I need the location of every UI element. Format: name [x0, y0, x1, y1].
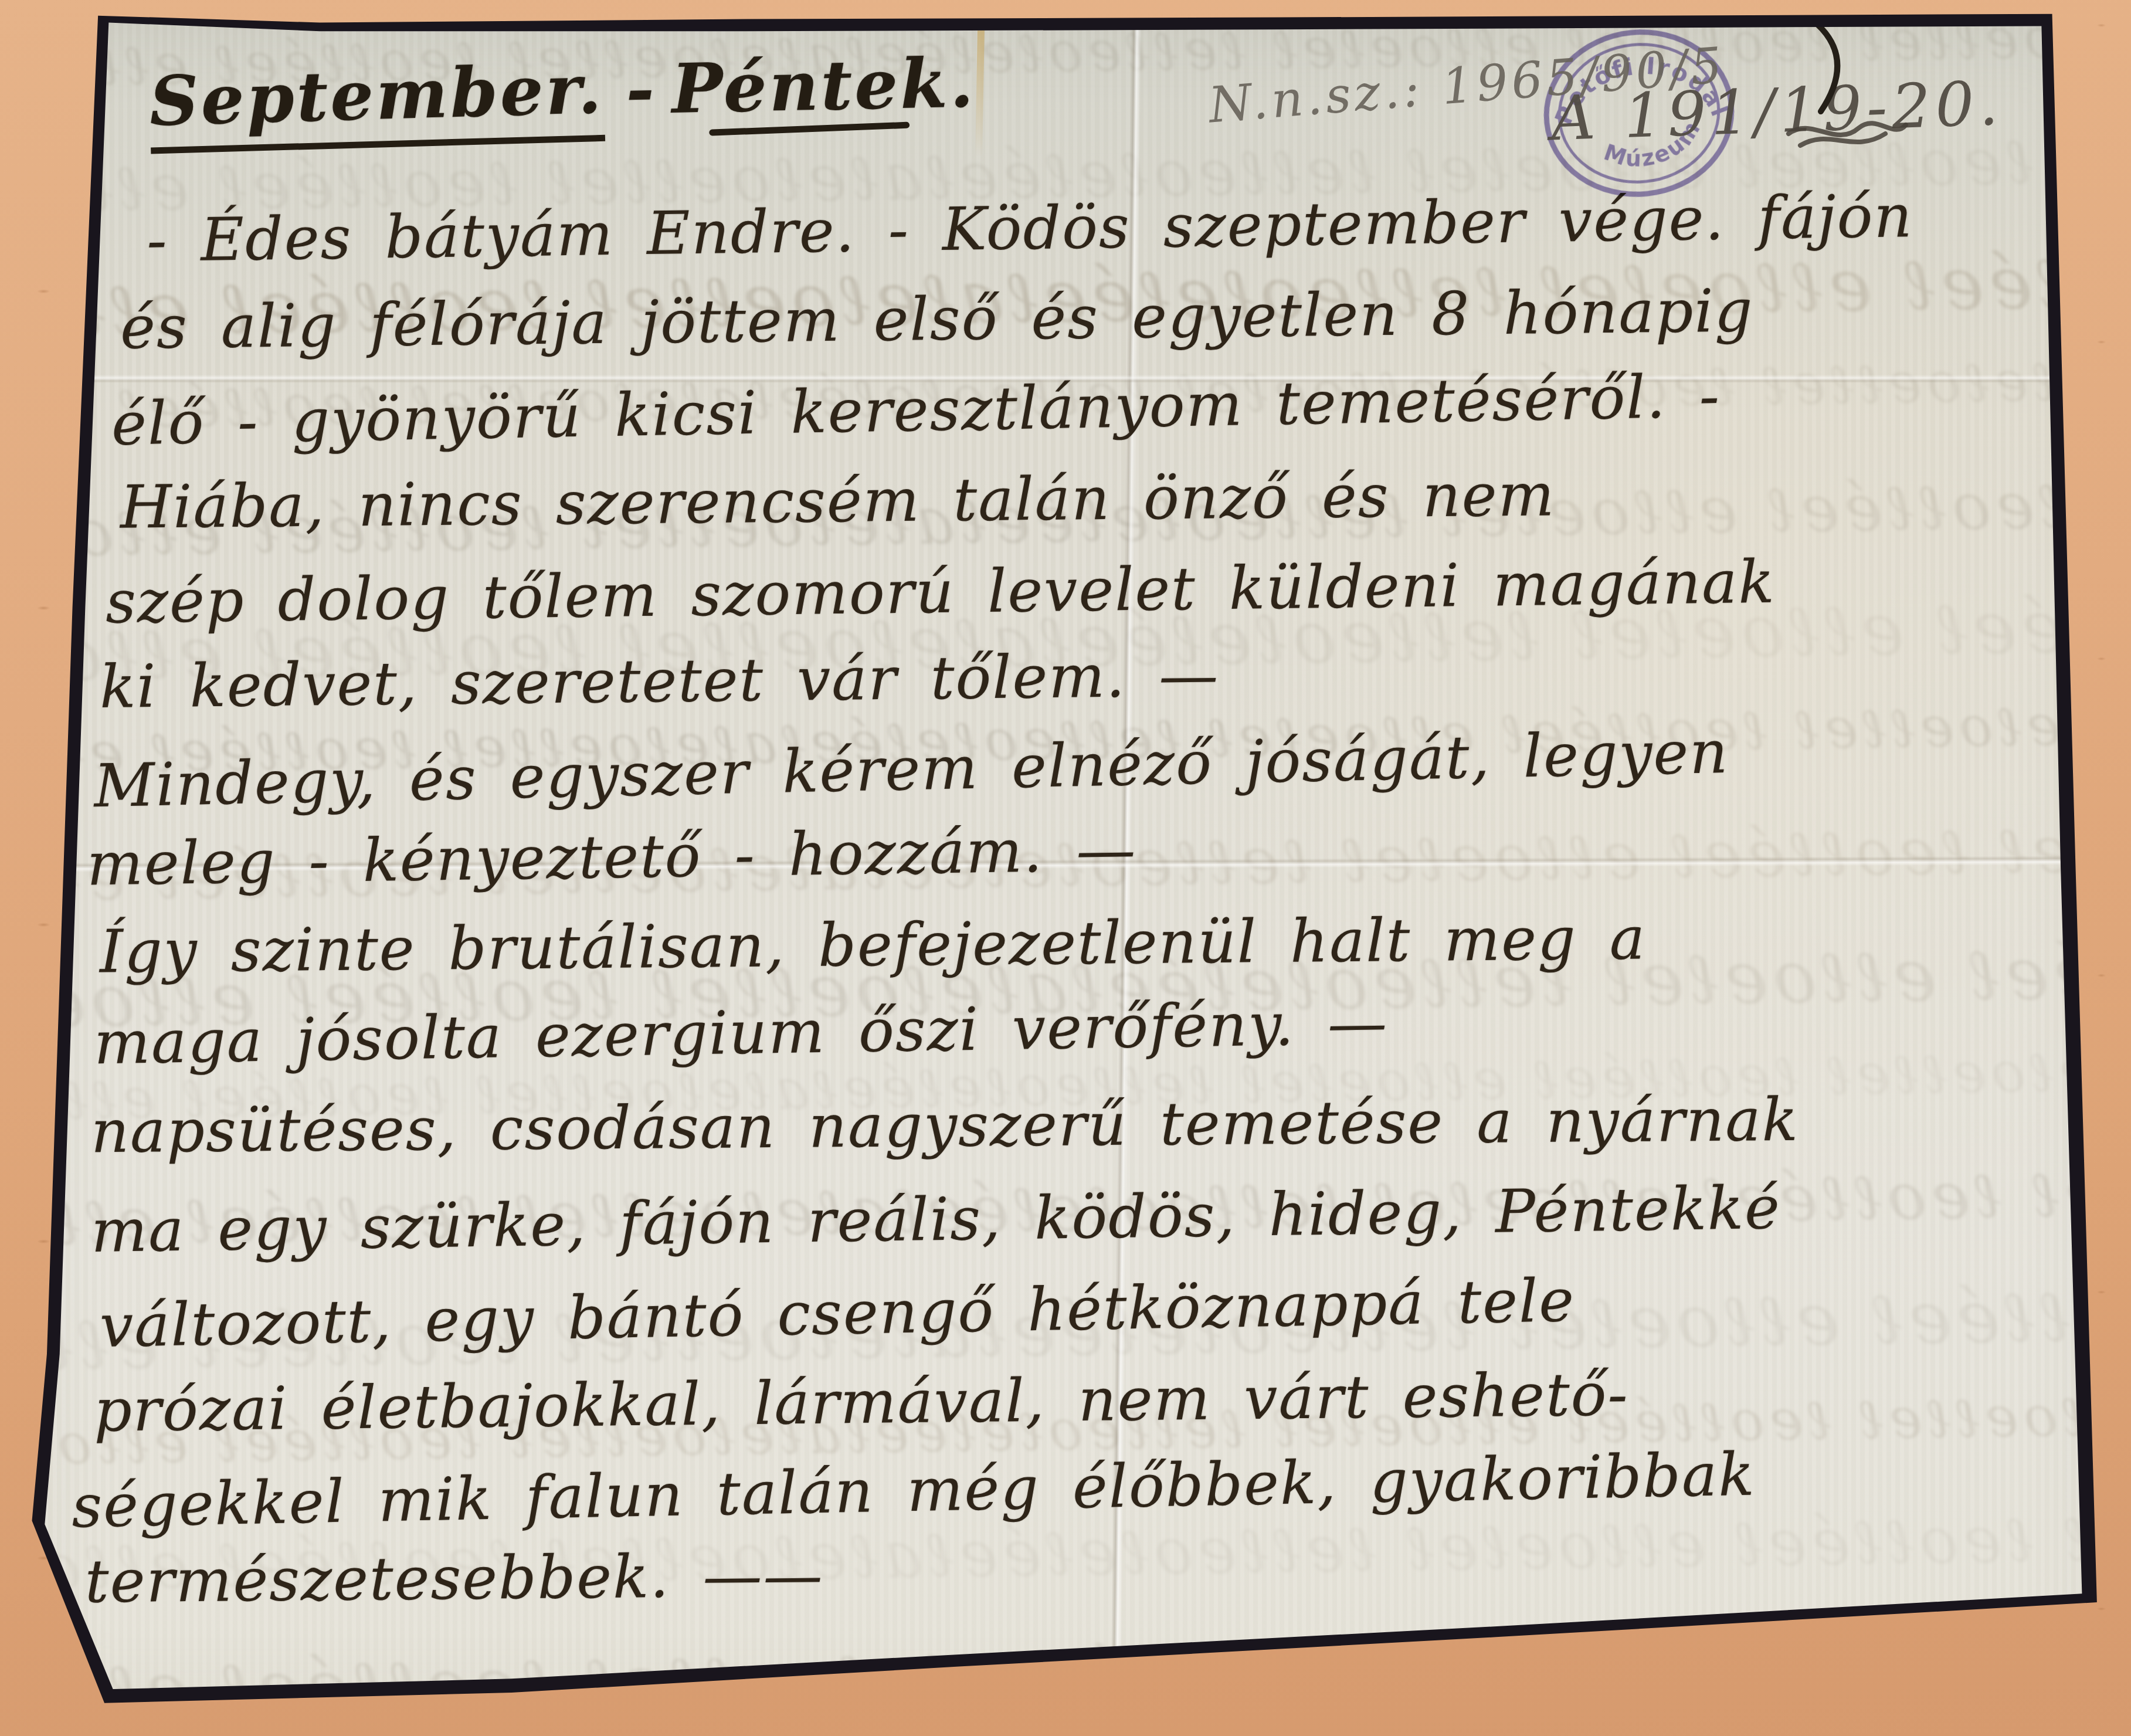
pen-stroke-mark — [1803, 16, 1868, 116]
archival-markings-layer: Petőfi Irodalmi Múzeum N.n.sz.: 1965/90/… — [0, 0, 2131, 1736]
paper-sheet: ℓeℓℓeoℓeℓéeℓaℓeℓoeℓℓeℓ ℓeoℓℓéeℓ eℓℓoeℓeℓ… — [0, 0, 2131, 1736]
shelf-number: A 191/19-20. — [1550, 67, 2004, 155]
letter-photograph: ℓeℓℓeoℓeℓéeℓaℓeℓoeℓℓeℓ ℓeoℓℓéeℓ eℓℓoeℓeℓ… — [0, 0, 2131, 1736]
